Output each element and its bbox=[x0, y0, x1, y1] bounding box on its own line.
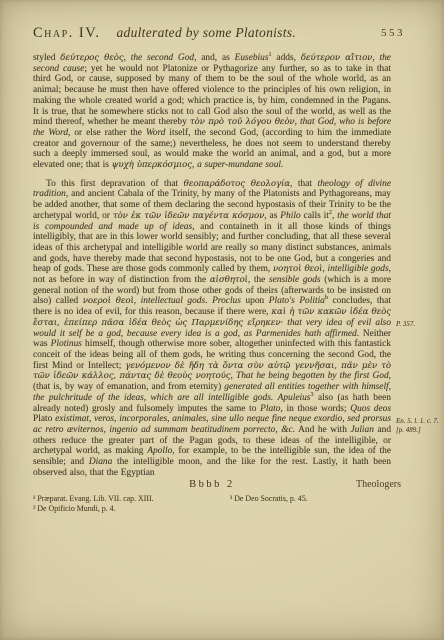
page-header: Chap. IV.adulterated by some Platonists.… bbox=[33, 24, 391, 46]
book-page: P. 357. En. 5. l. 1. c. 7. [p. 489.] Cha… bbox=[0, 0, 444, 640]
catchword: Theologers bbox=[356, 479, 401, 490]
footnote: ³ De Deo Socratis, p. 45. bbox=[230, 494, 391, 503]
margin-note-ennead: En. 5. l. 1. c. 7. [p. 489.] bbox=[396, 417, 442, 434]
body-paragraph-1: styled δεύτερος θεὸς, the second God, an… bbox=[33, 53, 391, 171]
margin-note-text: [p. 489.] bbox=[396, 426, 442, 435]
footnote-column-2: ³ De Deo Socratis, p. 45. bbox=[230, 494, 391, 513]
footnotes: ¹ Præparat. Evang. Lib. VII. cap. XIII. … bbox=[33, 494, 391, 513]
text-block: Chap. IV.adulterated by some Platonists.… bbox=[33, 24, 391, 513]
body-text: styled δεύτερος θεὸς, the second God, an… bbox=[33, 53, 391, 478]
signature-mark: Bbbb 2 bbox=[33, 479, 391, 490]
signature-row: Bbbb 2 Theologers bbox=[33, 479, 391, 491]
margin-note-p357: P. 357. bbox=[396, 320, 442, 329]
margin-note-text: P. 357. bbox=[396, 320, 442, 329]
page-number: 553 bbox=[381, 27, 405, 39]
footnote: ² De Opificio Mundi, p. 4. bbox=[33, 504, 230, 513]
margin-note-text: En. 5. l. 1. c. 7. bbox=[396, 417, 442, 426]
body-paragraph-2: To this first depravation of that θεοπαρ… bbox=[33, 179, 391, 479]
running-title: adulterated by some Platonists. bbox=[116, 25, 296, 40]
footnote: ¹ Præparat. Evang. Lib. VII. cap. XIII. bbox=[33, 494, 230, 503]
chapter-heading: Chap. IV. bbox=[33, 25, 100, 41]
footnote-column-1: ¹ Præparat. Evang. Lib. VII. cap. XIII. … bbox=[33, 494, 230, 513]
